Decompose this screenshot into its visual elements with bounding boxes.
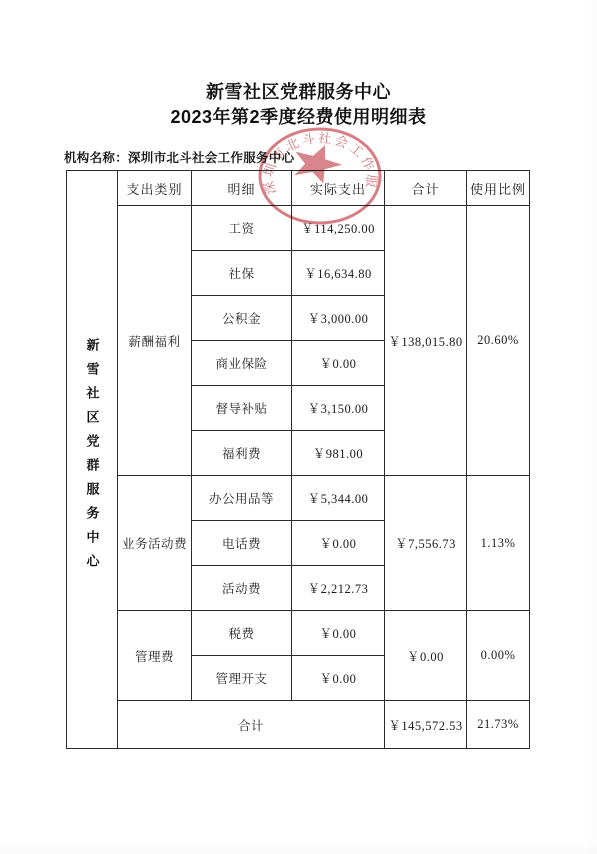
category-cell: 业务活动费 <box>118 476 192 611</box>
header-ratio: 使用比例 <box>467 171 530 206</box>
subtotal-cell: ￥0.00 <box>385 611 467 701</box>
detail-label-cell: 活动费 <box>192 566 292 611</box>
org-name-line: 机构名称：深圳市北斗社会工作服务中心 <box>64 148 294 166</box>
header-category: 支出类别 <box>118 171 192 206</box>
detail-label-cell: 福利费 <box>192 431 292 476</box>
amount-cell: ￥981.00 <box>292 431 385 476</box>
header-subtotal: 合计 <box>385 171 467 206</box>
table-row: 管理费 税费 ￥0.00 ￥0.00 0.00% <box>67 611 530 656</box>
side-vertical-title: 新雪社区党群服务中心 <box>86 338 99 578</box>
header-detail: 明细 <box>192 171 292 206</box>
table-row: 业务活动费 办公用品等 ￥5,344.00 ￥7,556.73 1.13% <box>67 476 530 521</box>
grand-total-ratio-cell: 21.73% <box>467 701 530 749</box>
ratio-cell: 0.00% <box>467 611 530 701</box>
amount-cell: ￥0.00 <box>292 611 385 656</box>
table-footer-row: 合计 ￥145,572.53 21.73% <box>67 701 530 749</box>
amount-cell: ￥2,212.73 <box>292 566 385 611</box>
title-line-1: 新雪社区党群服务中心 <box>0 80 597 105</box>
detail-label-cell: 电话费 <box>192 521 292 566</box>
header-actual: 实际支出 <box>292 171 385 206</box>
grand-total-amount-cell: ￥145,572.53 <box>385 701 467 749</box>
amount-cell: ￥0.00 <box>292 656 385 701</box>
grand-total-label-cell: 合计 <box>118 701 385 749</box>
detail-label-cell: 办公用品等 <box>192 476 292 521</box>
document-page: 新雪社区党群服务中心 2023年第2季度经费使用明细表 机构名称：深圳市北斗社会… <box>0 0 597 854</box>
amount-cell: ￥0.00 <box>292 341 385 386</box>
expense-table: 新雪社区党群服务中心 支出类别 明细 实际支出 合计 使用比例 薪酬福利 工资 … <box>66 170 530 749</box>
amount-cell: ￥114,250.00 <box>292 206 385 251</box>
title-line-2: 2023年第2季度经费使用明细表 <box>0 105 597 130</box>
amount-cell: ￥3,150.00 <box>292 386 385 431</box>
table-row: 薪酬福利 工资 ￥114,250.00 ￥138,015.80 20.60% <box>67 206 530 251</box>
side-vertical-title-cell: 新雪社区党群服务中心 <box>67 171 118 749</box>
detail-label-cell: 社保 <box>192 251 292 296</box>
ratio-cell: 20.60% <box>467 206 530 476</box>
detail-label-cell: 税费 <box>192 611 292 656</box>
amount-cell: ￥0.00 <box>292 521 385 566</box>
ratio-cell: 1.13% <box>467 476 530 611</box>
document-title: 新雪社区党群服务中心 2023年第2季度经费使用明细表 <box>0 80 597 130</box>
subtotal-cell: ￥7,556.73 <box>385 476 467 611</box>
category-cell: 管理费 <box>118 611 192 701</box>
table-header-row: 新雪社区党群服务中心 支出类别 明细 实际支出 合计 使用比例 <box>67 171 530 206</box>
amount-cell: ￥16,634.80 <box>292 251 385 296</box>
detail-label-cell: 工资 <box>192 206 292 251</box>
detail-label-cell: 公积金 <box>192 296 292 341</box>
amount-cell: ￥3,000.00 <box>292 296 385 341</box>
category-cell: 薪酬福利 <box>118 206 192 476</box>
detail-label-cell: 督导补贴 <box>192 386 292 431</box>
amount-cell: ￥5,344.00 <box>292 476 385 521</box>
detail-label-cell: 商业保险 <box>192 341 292 386</box>
detail-label-cell: 管理开支 <box>192 656 292 701</box>
subtotal-cell: ￥138,015.80 <box>385 206 467 476</box>
